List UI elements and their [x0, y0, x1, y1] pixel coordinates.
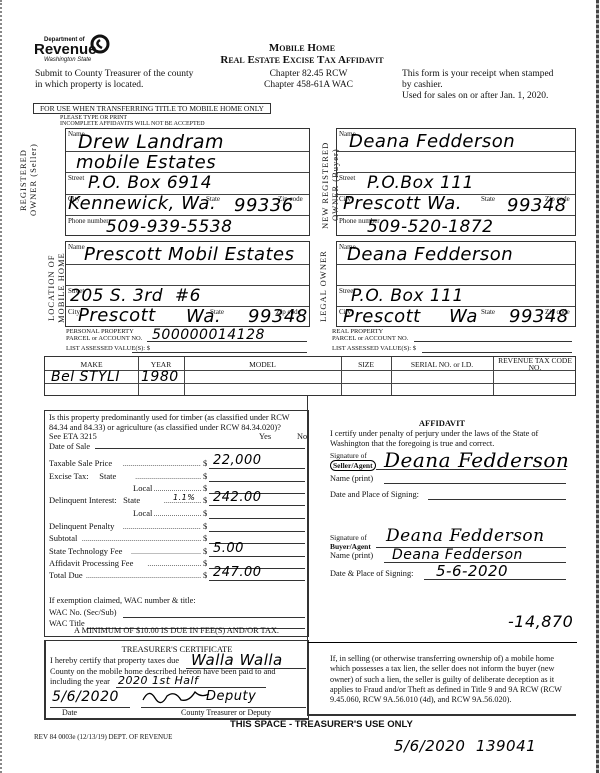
- date-of-sale-field[interactable]: [95, 448, 305, 449]
- location-zip-field[interactable]: 99348: [248, 306, 308, 327]
- dot-leader: ........................................…: [154, 484, 202, 493]
- scan-edge: [596, 0, 599, 773]
- dot-leader: ........................................…: [123, 522, 201, 531]
- currency-symbol: $: [203, 508, 207, 518]
- fee-note: 1.1%: [173, 493, 195, 502]
- seller-city-field[interactable]: Kennewick, Wa.: [68, 193, 216, 214]
- fee-box: Is this property predominantly used for …: [44, 410, 309, 637]
- no-option[interactable]: No: [297, 432, 307, 442]
- dot-leader: ........................................…: [154, 509, 202, 518]
- fee-row: Total Due: [49, 570, 83, 580]
- dot-leader: ........................................…: [123, 459, 201, 468]
- fee-row: Taxable Sale Price: [49, 458, 112, 468]
- treasurer-line1: I hereby certify that property taxes due: [50, 656, 179, 665]
- legal-name-field[interactable]: Deana Fedderson: [347, 244, 513, 265]
- fee-row: Affidavit Processing Fee: [49, 558, 133, 568]
- seller-street-label: Street: [68, 174, 84, 182]
- fee-label: Excise Tax: State: [49, 471, 116, 481]
- seller-name2-field[interactable]: mobile Estates: [76, 152, 216, 173]
- transfer-notice: FOR USE WHEN TRANSFERRING TITLE TO MOBIL…: [33, 103, 271, 114]
- buyer-signature-field[interactable]: Deana Fedderson: [386, 526, 545, 546]
- dot-leader: ........................................…: [135, 472, 201, 481]
- fee-value-field[interactable]: 242.00: [213, 490, 262, 505]
- real-assessed-label: LIST ASSESSED VALUE(S): $: [332, 345, 416, 352]
- location-state-field[interactable]: Wa.: [186, 306, 221, 327]
- lien-notice: If, in selling (or otherwise transferrin…: [330, 654, 570, 705]
- fee-label: Affidavit Processing Fee: [49, 558, 133, 568]
- currency-symbol: $: [203, 558, 207, 568]
- seller-name-print-label: Name (print): [330, 474, 373, 483]
- treasurer-stamp: 5/6/2020 139041: [394, 737, 536, 755]
- seller-section-label: REGISTEREDOWNER (Seller): [18, 135, 38, 225]
- dot-leader: ........................................…: [82, 534, 201, 543]
- fee-label: Local: [133, 508, 152, 518]
- buyer-street-field[interactable]: P.O.Box 111: [367, 173, 474, 193]
- dot-leader: ........................................…: [131, 547, 201, 556]
- seller-name-print-field[interactable]: [384, 483, 566, 484]
- legal-zip-field[interactable]: 99348: [509, 306, 569, 327]
- col-serial: SERIAL NO. or I.D.: [391, 360, 493, 369]
- currency-symbol: $: [203, 471, 207, 481]
- location-city-field[interactable]: Prescott: [78, 305, 156, 326]
- dot-leader: ........................................…: [86, 571, 201, 580]
- fee-value-field[interactable]: 5.00: [213, 541, 244, 556]
- fee-row: Local: [133, 508, 152, 518]
- personal-assessed-label: LIST ASSESSED VALUE(S): $: [66, 345, 150, 352]
- handwritten-annotation: -14,870: [508, 612, 573, 631]
- fee-value-line: [209, 580, 305, 581]
- buyer-name-print-label: Name (print): [330, 551, 373, 560]
- buyer-name-field[interactable]: Deana Fedderson: [349, 131, 515, 152]
- currency-symbol: $: [203, 521, 207, 531]
- legal-owner-box: Name Deana Fedderson Street P.O. Box 111…: [336, 241, 576, 327]
- fee-row: State Technology Fee: [49, 546, 122, 556]
- buyer-city-field[interactable]: Prescott Wa.: [343, 193, 462, 214]
- submit-instructions: Submit to County Treasurer of the county…: [35, 69, 193, 91]
- treasurer-use-banner: THIS SPACE - TREASURER'S USE ONLY: [230, 719, 413, 730]
- treasurer-line3: including the year: [50, 677, 110, 686]
- buyer-street-label: Street: [339, 174, 355, 182]
- affidavit-box: AFFIDAVIT I certify under penalty of per…: [307, 396, 576, 716]
- fee-value-line: [209, 468, 305, 469]
- fee-row: Local: [133, 483, 152, 493]
- property-table: MAKE YEAR MODEL SIZE SERIAL NO. or I.D. …: [44, 356, 576, 396]
- treasurer-certificate: TREASURER'S CERTIFICATE I hereby certify…: [44, 640, 309, 720]
- fee-row: Delinquent Interest: State: [49, 495, 140, 505]
- dot-leader: ........................................…: [147, 559, 201, 568]
- col-year: YEAR: [138, 360, 184, 369]
- legal-state-field[interactable]: Wa: [449, 306, 478, 327]
- seller-name-field[interactable]: Drew Landram: [78, 131, 224, 153]
- fee-row: Delinquent Penalty: [49, 521, 114, 531]
- treasurer-date-label: Date: [62, 708, 77, 717]
- legal-city-field[interactable]: Prescott: [343, 306, 421, 327]
- col-model: MODEL: [184, 360, 341, 369]
- fee-value-line: [209, 531, 305, 532]
- currency-symbol: $: [203, 546, 207, 556]
- fee-label: Taxable Sale Price: [49, 458, 112, 468]
- affidavit-page: Department of Revenue Washington State M…: [0, 0, 600, 773]
- currency-symbol: $: [203, 495, 207, 505]
- seller-date-label: Date and Place of Signing:: [330, 490, 419, 499]
- seller-zip-field[interactable]: 99336: [234, 195, 294, 216]
- incomplete-notice: INCOMPLETE AFFIDAVITS WILL NOT BE ACCEPT…: [60, 121, 205, 127]
- seller-date-field[interactable]: [428, 499, 566, 500]
- buyer-signature-label: Signature of Buyer/Agent: [330, 533, 371, 551]
- treasurer-signer-label: County Treasurer or Deputy: [181, 708, 271, 717]
- seller-street-field[interactable]: P.O. Box 6914: [88, 173, 212, 193]
- exemption-label: If exemption claimed, WAC number & title…: [49, 596, 196, 605]
- buyer-date-field[interactable]: 5-6-2020: [436, 562, 508, 580]
- form-title-1: Mobile Home: [2, 42, 600, 54]
- treasurer-date-field[interactable]: 5/6/2020: [52, 689, 119, 705]
- form-id: REV 84 0003e (12/13/19) DEPT. OF REVENUE: [34, 733, 172, 741]
- wac-no-field[interactable]: [123, 617, 305, 618]
- seller-phone-field[interactable]: 509-939-5538: [106, 217, 232, 237]
- form-title-2: Real Estate Excise Tax Affidavit: [2, 54, 600, 66]
- fee-label: Total Due: [49, 570, 83, 580]
- col-size: SIZE: [341, 360, 391, 369]
- yes-option[interactable]: Yes: [259, 432, 271, 442]
- chapter-refs: Chapter 82.45 RCW Chapter 458-61A WAC: [264, 69, 353, 91]
- personal-parcel-label: PERSONAL PROPERTY PARCEL or ACCOUNT NO.: [66, 328, 142, 342]
- currency-symbol: $: [203, 483, 207, 493]
- treasurer-signature-field[interactable]: Deputy: [206, 689, 256, 704]
- col-make: MAKE: [45, 360, 138, 369]
- real-assessed-field[interactable]: [422, 352, 572, 353]
- personal-parcel-field[interactable]: 500000014128: [152, 327, 265, 343]
- seller-phone-label: Phone number: [68, 217, 109, 225]
- fee-label: Subtotal: [49, 533, 77, 543]
- location-box: Name Prescott Mobil Estates Street 205 S…: [65, 241, 310, 327]
- buyer-date-label: Date & Place of Signing:: [330, 569, 413, 578]
- currency-symbol: $: [203, 533, 207, 543]
- col-tax-code: REVENUE TAX CODE NO.: [493, 357, 577, 371]
- seller-box: Name Drew Landram mobile Estates Street …: [65, 128, 310, 236]
- buyer-phone-field[interactable]: 509-520-1872: [367, 217, 493, 237]
- location-name-label: Name: [68, 243, 85, 251]
- fee-value-line: [209, 518, 305, 519]
- buyer-box: Name Deana Fedderson Street P.O.Box 111 …: [336, 128, 576, 236]
- legal-state-label: State: [481, 308, 495, 316]
- treasurer-signature-scribble-icon: [141, 686, 211, 706]
- fee-value-line: [209, 481, 305, 482]
- buyer-state-label: State: [481, 195, 495, 203]
- make-cell[interactable]: Bel STYLI: [51, 369, 120, 385]
- fee-label: Delinquent Interest: State: [49, 495, 140, 505]
- location-name-field[interactable]: Prescott Mobil Estates: [84, 244, 295, 265]
- year-cell[interactable]: 1980: [141, 369, 179, 385]
- currency-symbol: $: [203, 458, 207, 468]
- fee-value-field[interactable]: 247.00: [213, 565, 262, 580]
- wac-no-label: WAC No. (Sec/Sub): [49, 608, 117, 617]
- real-parcel-field[interactable]: [414, 341, 572, 342]
- fee-label: State Technology Fee: [49, 546, 122, 556]
- minimum-notice: A MINIMUM OF $10.00 IS DUE IN FEE(S) AND…: [44, 626, 309, 635]
- location-street-field[interactable]: 205 S. 3rd #6: [70, 286, 201, 306]
- currency-symbol: $: [203, 570, 207, 580]
- location-section-label: LOCATION OFMOBILE HOME: [46, 245, 66, 330]
- legal-owner-section-label: LEGAL OWNER: [318, 245, 328, 327]
- real-parcel-label: REAL PROPERTY PARCEL or ACCOUNT NO.: [332, 328, 408, 342]
- fee-label: Delinquent Penalty: [49, 521, 114, 531]
- fee-value-field[interactable]: 22,000: [213, 453, 262, 468]
- legal-street-field[interactable]: P.O. Box 111: [351, 286, 464, 306]
- timber-question: Is this property predominantly used for …: [49, 413, 309, 451]
- fee-value-line: [209, 505, 305, 506]
- affidavit-title: AFFIDAVIT: [308, 418, 576, 428]
- seller-signature-label: Signature of Seller/Agent: [330, 451, 376, 471]
- receipt-notice: This form is your receipt when stamped b…: [402, 69, 553, 102]
- buyer-zip-field[interactable]: 99348: [507, 195, 567, 216]
- fee-label: Local: [133, 483, 152, 493]
- fee-value-line: [209, 556, 305, 557]
- fee-row: Subtotal: [49, 533, 77, 543]
- fee-row: Excise Tax: State: [49, 471, 116, 481]
- seller-state-label: State: [206, 195, 220, 203]
- affidavit-certify: I certify under penalty of perjury under…: [330, 429, 538, 449]
- personal-assessed-field[interactable]: [132, 352, 307, 353]
- buyer-name-print-field[interactable]: Deana Fedderson: [392, 547, 523, 563]
